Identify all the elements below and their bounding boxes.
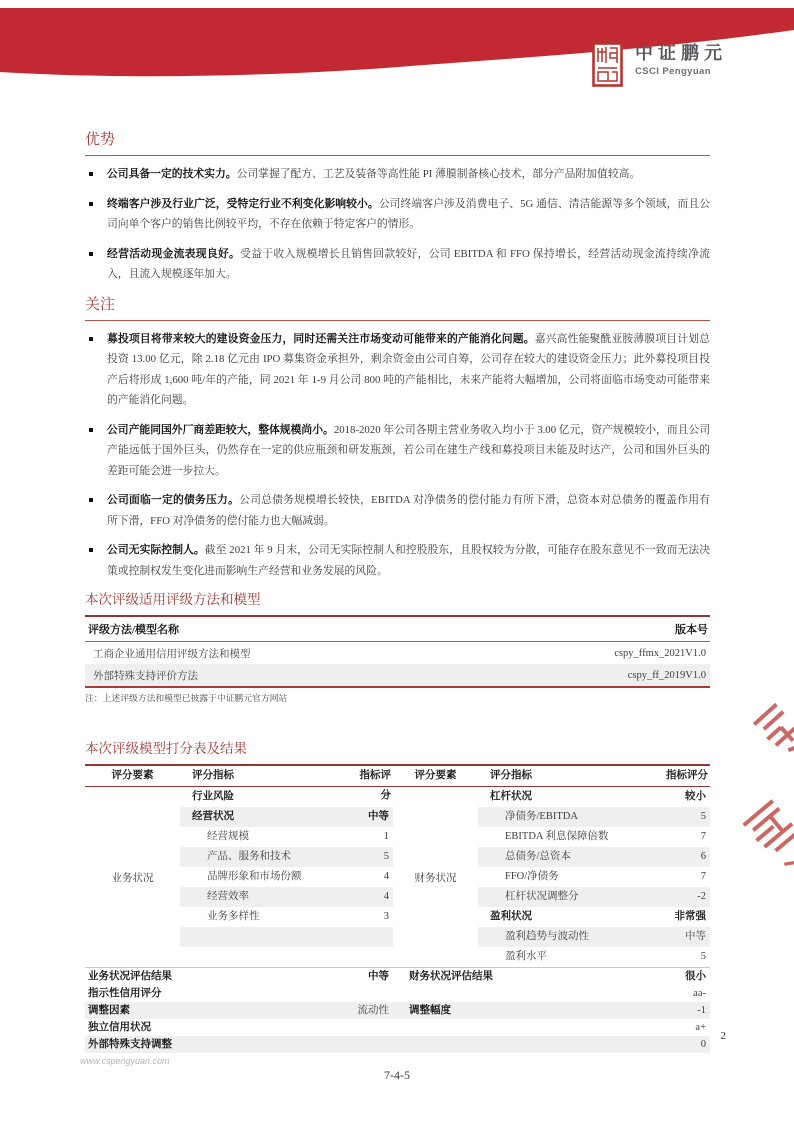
left-indicator-label: 经营规模 [180,827,350,847]
right-indicator-score: 7 [638,827,710,847]
right-indicator-score: -2 [638,887,710,907]
summary-right-value: 很小 [638,967,710,985]
concern-item-lead: 募投项目将带来较大的建设资金压力，同时还需关注市场变动可能带来的产能消化问题。 [107,333,535,345]
advantage-item-lead: 终端客户涉及行业广泛，受特定行业不利变化影响较小。 [107,198,379,210]
left-indicator-label: 经营状况 [180,807,350,827]
concern-item: 公司产能同国外厂商差距较大，整体规模尚小。2018-2020 年公司各期主营业务… [85,420,710,482]
methods-table-row: 工商企业通用信用评级方法和模型cspy_ffmx_2021V1.0 [85,642,710,665]
website-link[interactable]: www.cspengyuan.com [80,1056,170,1066]
concern-item-lead: 公司面临一定的债务压力。 [107,494,239,506]
methods-table-title: 本次评级适用评级方法和模型 [85,591,710,609]
page-number: 2 [721,1030,727,1042]
right-indicator-label: 盈利状况 [478,907,638,927]
right-indicator-score: 较小 [638,787,710,807]
advantage-item: 公司具备一定的技术实力。公司掌握了配方、工艺及装备等高性能 PI 薄膜制备核心技… [85,164,710,185]
summary-left-value [350,1036,393,1053]
scoring-header-1: 评分指标 [180,766,350,787]
left-indicator-label: 产品、服务和技术 [180,847,350,867]
scoring-header-3: 评分要素 [393,766,478,787]
right-indicator-label: 杠杆状况 [478,787,638,807]
summary-left-label: 指示性信用评分 [85,985,350,1002]
factor-label-financial: 财务状况 [393,787,478,967]
advantage-item-lead: 经营活动现金流表现良好。 [107,248,240,260]
left-indicator-label: 品牌形象和市场份额 [180,867,350,887]
left-indicator-score: 5 [350,847,393,867]
section-title-concerns: 关注 [85,295,710,321]
methods-col-version: 版本号 [471,616,710,642]
square-bullet-icon [89,337,93,341]
summary-right-label [393,1019,638,1036]
right-indicator-label: FFO/净债务 [478,867,638,887]
summary-left-label: 调整因素 [85,1002,350,1019]
left-indicator-label [180,947,350,967]
left-indicator-score [350,947,393,967]
red-stamp-fragment-icon [747,699,794,773]
scoring-table: 评分要素评分指标指标评分评分要素评分指标指标评分行业风险3经营状况中等经营规模1… [85,764,710,1053]
right-indicator-label: EBITDA 利息保障倍数 [478,827,638,847]
summary-left-label: 业务状况评估结果 [85,967,350,985]
methods-table-row: 外部特殊支持评价方法cspy_ff_2019V1.0 [85,664,710,687]
advantage-item: 终端客户涉及行业广泛，受特定行业不利变化影响较小。公司终端客户涉及消费电子、5G… [85,194,710,235]
methods-col-name: 评级方法/模型名称 [85,616,471,642]
method-name: 工商企业通用信用评级方法和模型 [85,642,471,665]
scoring-header-5: 指标评分 [638,766,710,787]
summary-right-label [393,1036,638,1053]
section-title-advantages: 优势 [85,130,710,156]
method-name: 外部特殊支持评价方法 [85,664,471,687]
left-indicator-label: 业务多样性 [180,907,350,927]
summary-right-value: -1 [638,1002,710,1019]
summary-right-value: aa- [638,985,710,1002]
right-indicator-label: 净债务/EBITDA [478,807,638,827]
square-bullet-icon [89,252,93,256]
summary-left-value: 流动性 [350,1002,393,1019]
right-indicator-label: 盈利趋势与波动性 [478,927,638,947]
factor-label-business: 业务状况 [85,787,180,967]
right-indicator-label: 杠杆状况调整分 [478,887,638,907]
left-indicator-label: 行业风险 [180,787,350,807]
method-version: cspy_ffmx_2021V1.0 [471,642,710,665]
methods-table: 评级方法/模型名称 版本号 工商企业通用信用评级方法和模型cspy_ffmx_2… [85,615,710,688]
left-indicator-label: 经营效率 [180,887,350,907]
square-bullet-icon [89,428,93,432]
right-indicator-label: 盈利水平 [478,947,638,967]
summary-left-label: 外部特殊支持调整 [85,1036,350,1053]
square-bullet-icon [89,548,93,552]
concern-item: 公司无实际控制人。截至 2021 年 9 月末，公司无实际控制人和控股股东，且股… [85,540,710,581]
concern-item: 募投项目将带来较大的建设资金压力，同时还需关注市场变动可能带来的产能消化问题。嘉… [85,329,710,411]
document-page-code: 7-4-5 [0,1068,794,1083]
right-indicator-score: 6 [638,847,710,867]
left-indicator-score: 1 [350,827,393,847]
left-indicator-label [180,927,350,947]
scoring-table-title: 本次评级模型打分表及结果 [85,740,710,758]
square-bullet-icon [89,172,93,176]
scoring-header-0: 评分要素 [85,766,180,787]
method-version: cspy_ff_2019V1.0 [471,664,710,687]
methods-table-note: 注：上述评级方法和模型已披露于中证鹏元官方网站 [85,691,710,704]
right-indicator-score: 5 [638,807,710,827]
summary-right-value: a+ [638,1019,710,1036]
page-content: 优势 公司具备一定的技术实力。公司掌握了配方、工艺及装备等高性能 PI 薄膜制备… [85,0,710,1053]
summary-right-label: 调整幅度 [393,1002,638,1019]
concern-item-lead: 公司产能同国外厂商差距较大，整体规模尚小。 [107,424,334,436]
left-indicator-score [350,927,393,947]
right-indicator-label: 总债务/总资本 [478,847,638,867]
left-indicator-score: 3 [350,907,393,927]
red-stamp-fragment-icon [737,794,794,892]
left-indicator-score: 中等 [350,807,393,827]
concerns-list: 募投项目将带来较大的建设资金压力，同时还需关注市场变动可能带来的产能消化问题。嘉… [85,329,710,582]
concern-item: 公司面临一定的债务压力。公司总债务规模增长较快，EBITDA 对净债务的偿付能力… [85,490,710,531]
scoring-header-4: 评分指标 [478,766,638,787]
summary-right-label: 财务状况评估结果 [393,967,638,985]
advantage-item-lead: 公司具备一定的技术实力。 [107,168,237,180]
summary-left-value [350,985,393,1002]
summary-left-value [350,1019,393,1036]
left-indicator-score: 3 [350,787,393,807]
right-indicator-score: 5 [638,947,710,967]
right-indicator-score: 中等 [638,927,710,947]
right-indicator-score: 7 [638,867,710,887]
advantage-item: 经营活动现金流表现良好。受益于收入规模增长且销售回款较好，公司 EBITDA 和… [85,244,710,285]
report-page: 中证鹏元 CSCI Pengyuan 优势 公司具备一定的技术实力。公司掌握了配… [0,0,794,1123]
summary-right-value: 0 [638,1036,710,1053]
square-bullet-icon [89,202,93,206]
advantage-item-body: 公司掌握了配方、工艺及装备等高性能 PI 薄膜制备核心技术，部分产品附加值较高。 [237,168,641,180]
summary-right-label [393,985,638,1002]
right-indicator-score: 非常强 [638,907,710,927]
concern-item-lead: 公司无实际控制人。 [107,544,205,556]
scoring-header-2: 指标评分 [350,766,393,787]
summary-left-label: 独立信用状况 [85,1019,350,1036]
left-indicator-score: 4 [350,887,393,907]
summary-left-value: 中等 [350,967,393,985]
left-indicator-score: 4 [350,867,393,887]
advantages-list: 公司具备一定的技术实力。公司掌握了配方、工艺及装备等高性能 PI 薄膜制备核心技… [85,164,710,285]
square-bullet-icon [89,498,93,502]
